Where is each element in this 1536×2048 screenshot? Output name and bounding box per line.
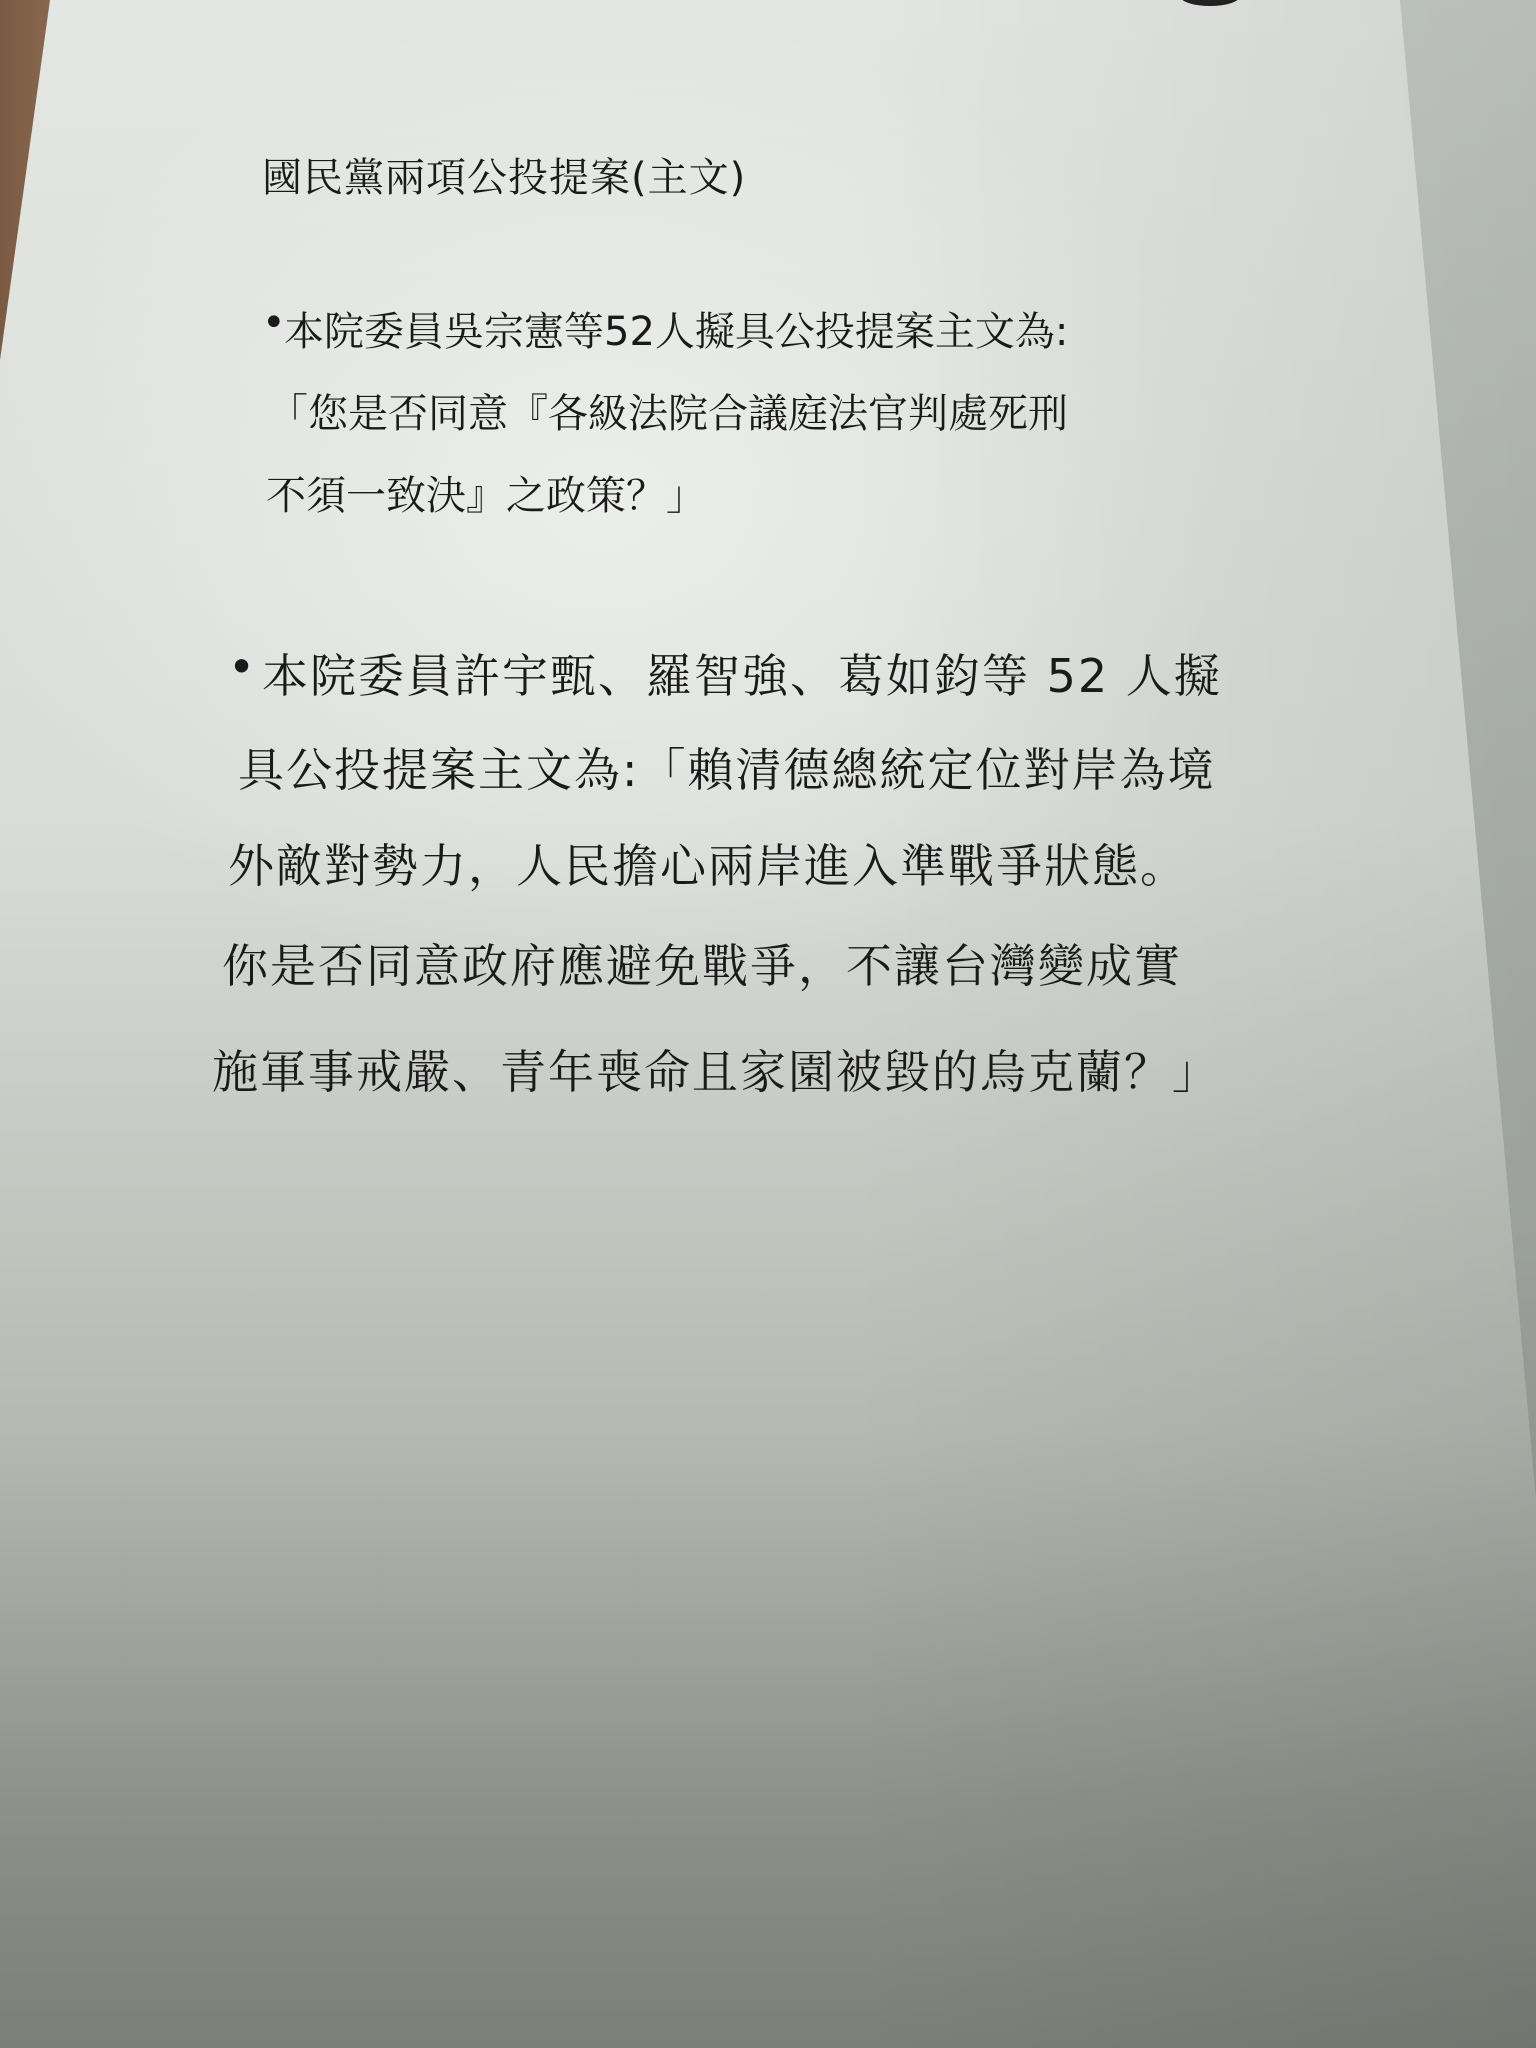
proposal-2-line-5: 施軍事戒嚴、青年喪命且家園被毀的烏克蘭？」 — [212, 1036, 1220, 1102]
proposal-1-line-3: 不須一致決』之政策？」 — [266, 464, 706, 521]
proposal-2-line-4: 你是否同意政府應避免戰爭，不讓台灣變成實 — [222, 930, 1182, 996]
document-title: 國民黨兩項公投提案(主文) — [262, 146, 746, 203]
proposal-1-line-2: 「您是否同意『各級法院合議庭法官判處死刑 — [268, 382, 1068, 439]
proposal-2-line-3: 外敵對勢力，人民擔心兩岸進入準戰爭狀態。 — [228, 830, 1188, 896]
proposal-1-line-1: 本院委員吳宗憲等52人擬具公投提案主文為: — [284, 300, 1068, 357]
bullet-icon: • — [228, 640, 255, 694]
proposal-2-line-2: 具公投提案主文為:「賴清德總統定位對岸為境 — [238, 734, 1216, 800]
bullet-icon: • — [262, 300, 286, 346]
proposal-2-line-1: 本院委員許宇甄、羅智強、葛如鈞等 52 人擬 — [262, 640, 1222, 706]
